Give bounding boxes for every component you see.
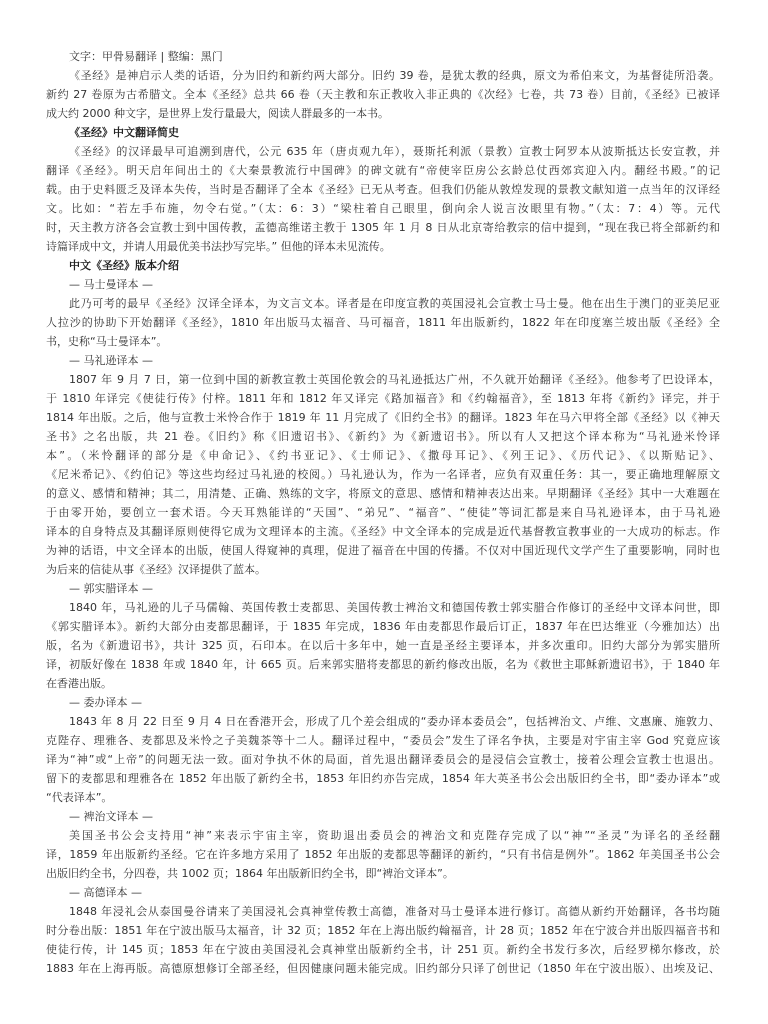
paragraph-line: 为后来的信徒从事《圣经》汉译提供了蓝本。 [46, 560, 720, 579]
paragraph-line: 《圣经》是神启示人类的话语，分为旧约和新约两大部分。旧约 39 卷，是犹太教的经… [46, 66, 720, 85]
paragraph-line: 1843 年 8 月 22 日至 9 月 4 日在香港开会，形成了几个差会组成的… [46, 712, 720, 731]
history-paragraph: 《圣经》的汉译最早可追溯到唐代，公元 635 年（唐贞观九年），聂斯托利派（景教… [46, 142, 720, 256]
paragraph-line: 克陛存、理雅各、麦都思及米怜之子美魏茶等十二人。翻译过程中，“委员会”发生了译名… [46, 731, 720, 750]
version-gutzlaff: — 郭实腊译本 — 1840 年，马礼逊的儿子马儒翰、英国传教士麦都思、美国传教… [46, 579, 720, 693]
paragraph-line: 译为“神”或“上帝”的问题无法一致。面对争执不休的局面，首先退出翻译委员会的是浸… [46, 750, 720, 769]
paragraph-line: 1814 年出版。之后，他与宣教士米怜合作于 1819 年 11 月完成了《旧约… [46, 408, 720, 427]
paragraph-line: 1807 年 9 月 7 日，第一位到中国的新教宣教士英国伦敦会的马礼逊抵达广州… [46, 370, 720, 389]
section-heading-history: 《圣经》中文翻译简史 [46, 123, 720, 142]
document-page: 文字：甲骨易翻译 | 整编：黑门 《圣经》是神启示人类的话语，分为旧约和新约两大… [46, 47, 720, 978]
paragraph-line: 1840 年，马礼逊的儿子马儒翰、英国传教士麦都思、美国传教士裨治文和德国传教士… [46, 598, 720, 617]
section-version-introduction: 中文《圣经》版本介绍 — 马士曼译本 — 此乃可考的最早《圣经》汉译全译本，为文… [46, 256, 720, 978]
paragraph-line: 1883 年在上海再版。高德原想修订全部圣经，但因健康问题未能完成。旧约部分只译… [46, 959, 720, 978]
paragraph-line: 书，史称“马士曼译本”。 [46, 332, 720, 351]
paragraph-line: 译，1859 年出版新约圣经。它在许多地方采用了 1852 年出版的麦都思等翻译… [46, 845, 720, 864]
paragraph-line: 为神的话语，中文全译本的出版，使国人得窥神的真理，促进了福音在中国的传播。不仅对… [46, 541, 720, 560]
paragraph-line: 译，初版好像在 1838 年或 1840 年，计 665 页。后来郭实腊将麦都思… [46, 655, 720, 674]
paragraph-line: 新约 27 卷原为古希腊文。全本《圣经》总共 66 卷（天主教和东正教收入非正典… [46, 85, 720, 104]
paragraph-line: 美国圣书公会支持用“神”来表示宇宙主宰，资助退出委员会的裨治文和克陛存完成了以“… [46, 826, 720, 845]
paragraph-line: 于 1810 年译完《使徒行传》付梓。1811 年和 1812 年又译完《路加福… [46, 389, 720, 408]
paragraph-line: 本”。（米怜翻译的部分是《申命记》、《约书亚记》、《士师记》、《撒母耳记》、《列… [46, 446, 720, 465]
version-title: — 高德译本 — [46, 883, 720, 902]
paragraph-line: 载。由于史料匮乏及译本失传，当时是否翻译了全本《圣经》已无从考查。但我们仍能从敦… [46, 180, 720, 199]
version-title: — 郭实腊译本 — [46, 579, 720, 598]
paragraph-line: 此乃可考的最早《圣经》汉译全译本，为文言文本。译者是在印度宣教的英国浸礼会宣教士… [46, 294, 720, 313]
paragraph-line: 人拉沙的协助下开始翻译《圣经》，1810 年出版马太福音、马可福音，1811 年… [46, 313, 720, 332]
version-title: — 裨治文译本 — [46, 807, 720, 826]
paragraph-line: 圣书》之名出版，共 21 卷。《旧约》称《旧遗诏书》、《新约》为《新遗诏书》。所… [46, 427, 720, 446]
paragraph-line: 版，名为《新遗诏书》，共计 325 页，石印本。在以后十多年中，她一直是圣经主要… [46, 636, 720, 655]
version-title: — 马礼逊译本 — [46, 351, 720, 370]
paragraph-line: 《圣经》的汉译最早可追溯到唐代，公元 635 年（唐贞观九年），聂斯托利派（景教… [46, 142, 720, 161]
paragraph-line: 文。比如：“若左手布施，勿令右觉。”（太：6：3）“梁柱着自己眼里，倒向余人说言… [46, 199, 720, 218]
version-morrison: — 马礼逊译本 — 1807 年 9 月 7 日，第一位到中国的新教宣教士英国伦… [46, 351, 720, 579]
paragraph-line: 于由零开始，要创立一套术语。今天耳熟能详的“天国”、“弟兄”、“福音”、“使徒”… [46, 503, 720, 522]
paragraph-line: 时，天主教方济各会宣教士到中国传教，孟德高维诺主教于 1305 年 1 月 8 … [46, 218, 720, 237]
version-goddard: — 高德译本 — 1848 年浸礼会从泰国曼谷请来了美国浸礼会真神堂传教士高德，… [46, 883, 720, 978]
intro-paragraph: 《圣经》是神启示人类的话语，分为旧约和新约两大部分。旧约 39 卷，是犹太教的经… [46, 66, 720, 123]
paragraph-line: 1848 年浸礼会从泰国曼谷请来了美国浸礼会真神堂传教士高德，准备对马士曼译本进… [46, 902, 720, 921]
paragraph-line: 出版旧约全书，分四卷，共 1002 页；1864 年出版新旧约全书，即“裨治文译… [46, 864, 720, 883]
paragraph-line: 诗篇译成中文，并请人用最优美书法抄写完毕。” 但他的译本未见流传。 [46, 237, 720, 256]
paragraph-line: 留下的麦都思和理雅各在 1852 年出版了新约全书，1853 年旧约亦告完成，1… [46, 769, 720, 788]
version-title: — 委办译本 — [46, 693, 720, 712]
version-delegates: — 委办译本 — 1843 年 8 月 22 日至 9 月 4 日在香港开会，形… [46, 693, 720, 807]
paragraph-line: 时分卷出版：1851 年在宁波出版马太福音，计 32 页；1852 年在上海出版… [46, 921, 720, 940]
paragraph-line: 在香港出版。 [46, 674, 720, 693]
paragraph-line: 的意义、感情和精神；其二，用清楚、正确、熟练的文字，将原文的意思、感情和精神表达… [46, 484, 720, 503]
paragraph-line: 《尼米希记》、《约伯记》等这些均经过马礼逊的校阅。）马礼逊认为，作为一名译者，应… [46, 465, 720, 484]
paragraph-line: 使徒行传，计 145 页；1853 年在宁波由美国浸礼会真神堂出版新约全书，计 … [46, 940, 720, 959]
version-title: — 马士曼译本 — [46, 275, 720, 294]
paragraph-line: 《郭实腊译本》。新约大部分由麦都思翻译，于 1835 年完成，1836 年由麦都… [46, 617, 720, 636]
paragraph-line: 译本的自身特点及其翻译原则使得它成为文理译本的主流。《圣经》中文全译本的完成是近… [46, 522, 720, 541]
credit-line: 文字：甲骨易翻译 | 整编：黑门 [46, 47, 720, 66]
paragraph-line: 翻译《圣经》。明天启年间出土的《大秦景教流行中国碑》的碑文就有“帝使宰臣房公玄龄… [46, 161, 720, 180]
version-bridgman: — 裨治文译本 — 美国圣书公会支持用“神”来表示宇宙主宰，资助退出委员会的裨治… [46, 807, 720, 883]
paragraph-line: “代表译本”。 [46, 788, 720, 807]
section-heading-versions: 中文《圣经》版本介绍 [46, 256, 720, 275]
section-translation-history: 《圣经》中文翻译简史 《圣经》的汉译最早可追溯到唐代，公元 635 年（唐贞观九… [46, 123, 720, 256]
paragraph-line: 成大约 2000 种文字，是世界上发行量最大，阅读人群最多的一本书。 [46, 104, 720, 123]
version-marshman: — 马士曼译本 — 此乃可考的最早《圣经》汉译全译本，为文言文本。译者是在印度宣… [46, 275, 720, 351]
